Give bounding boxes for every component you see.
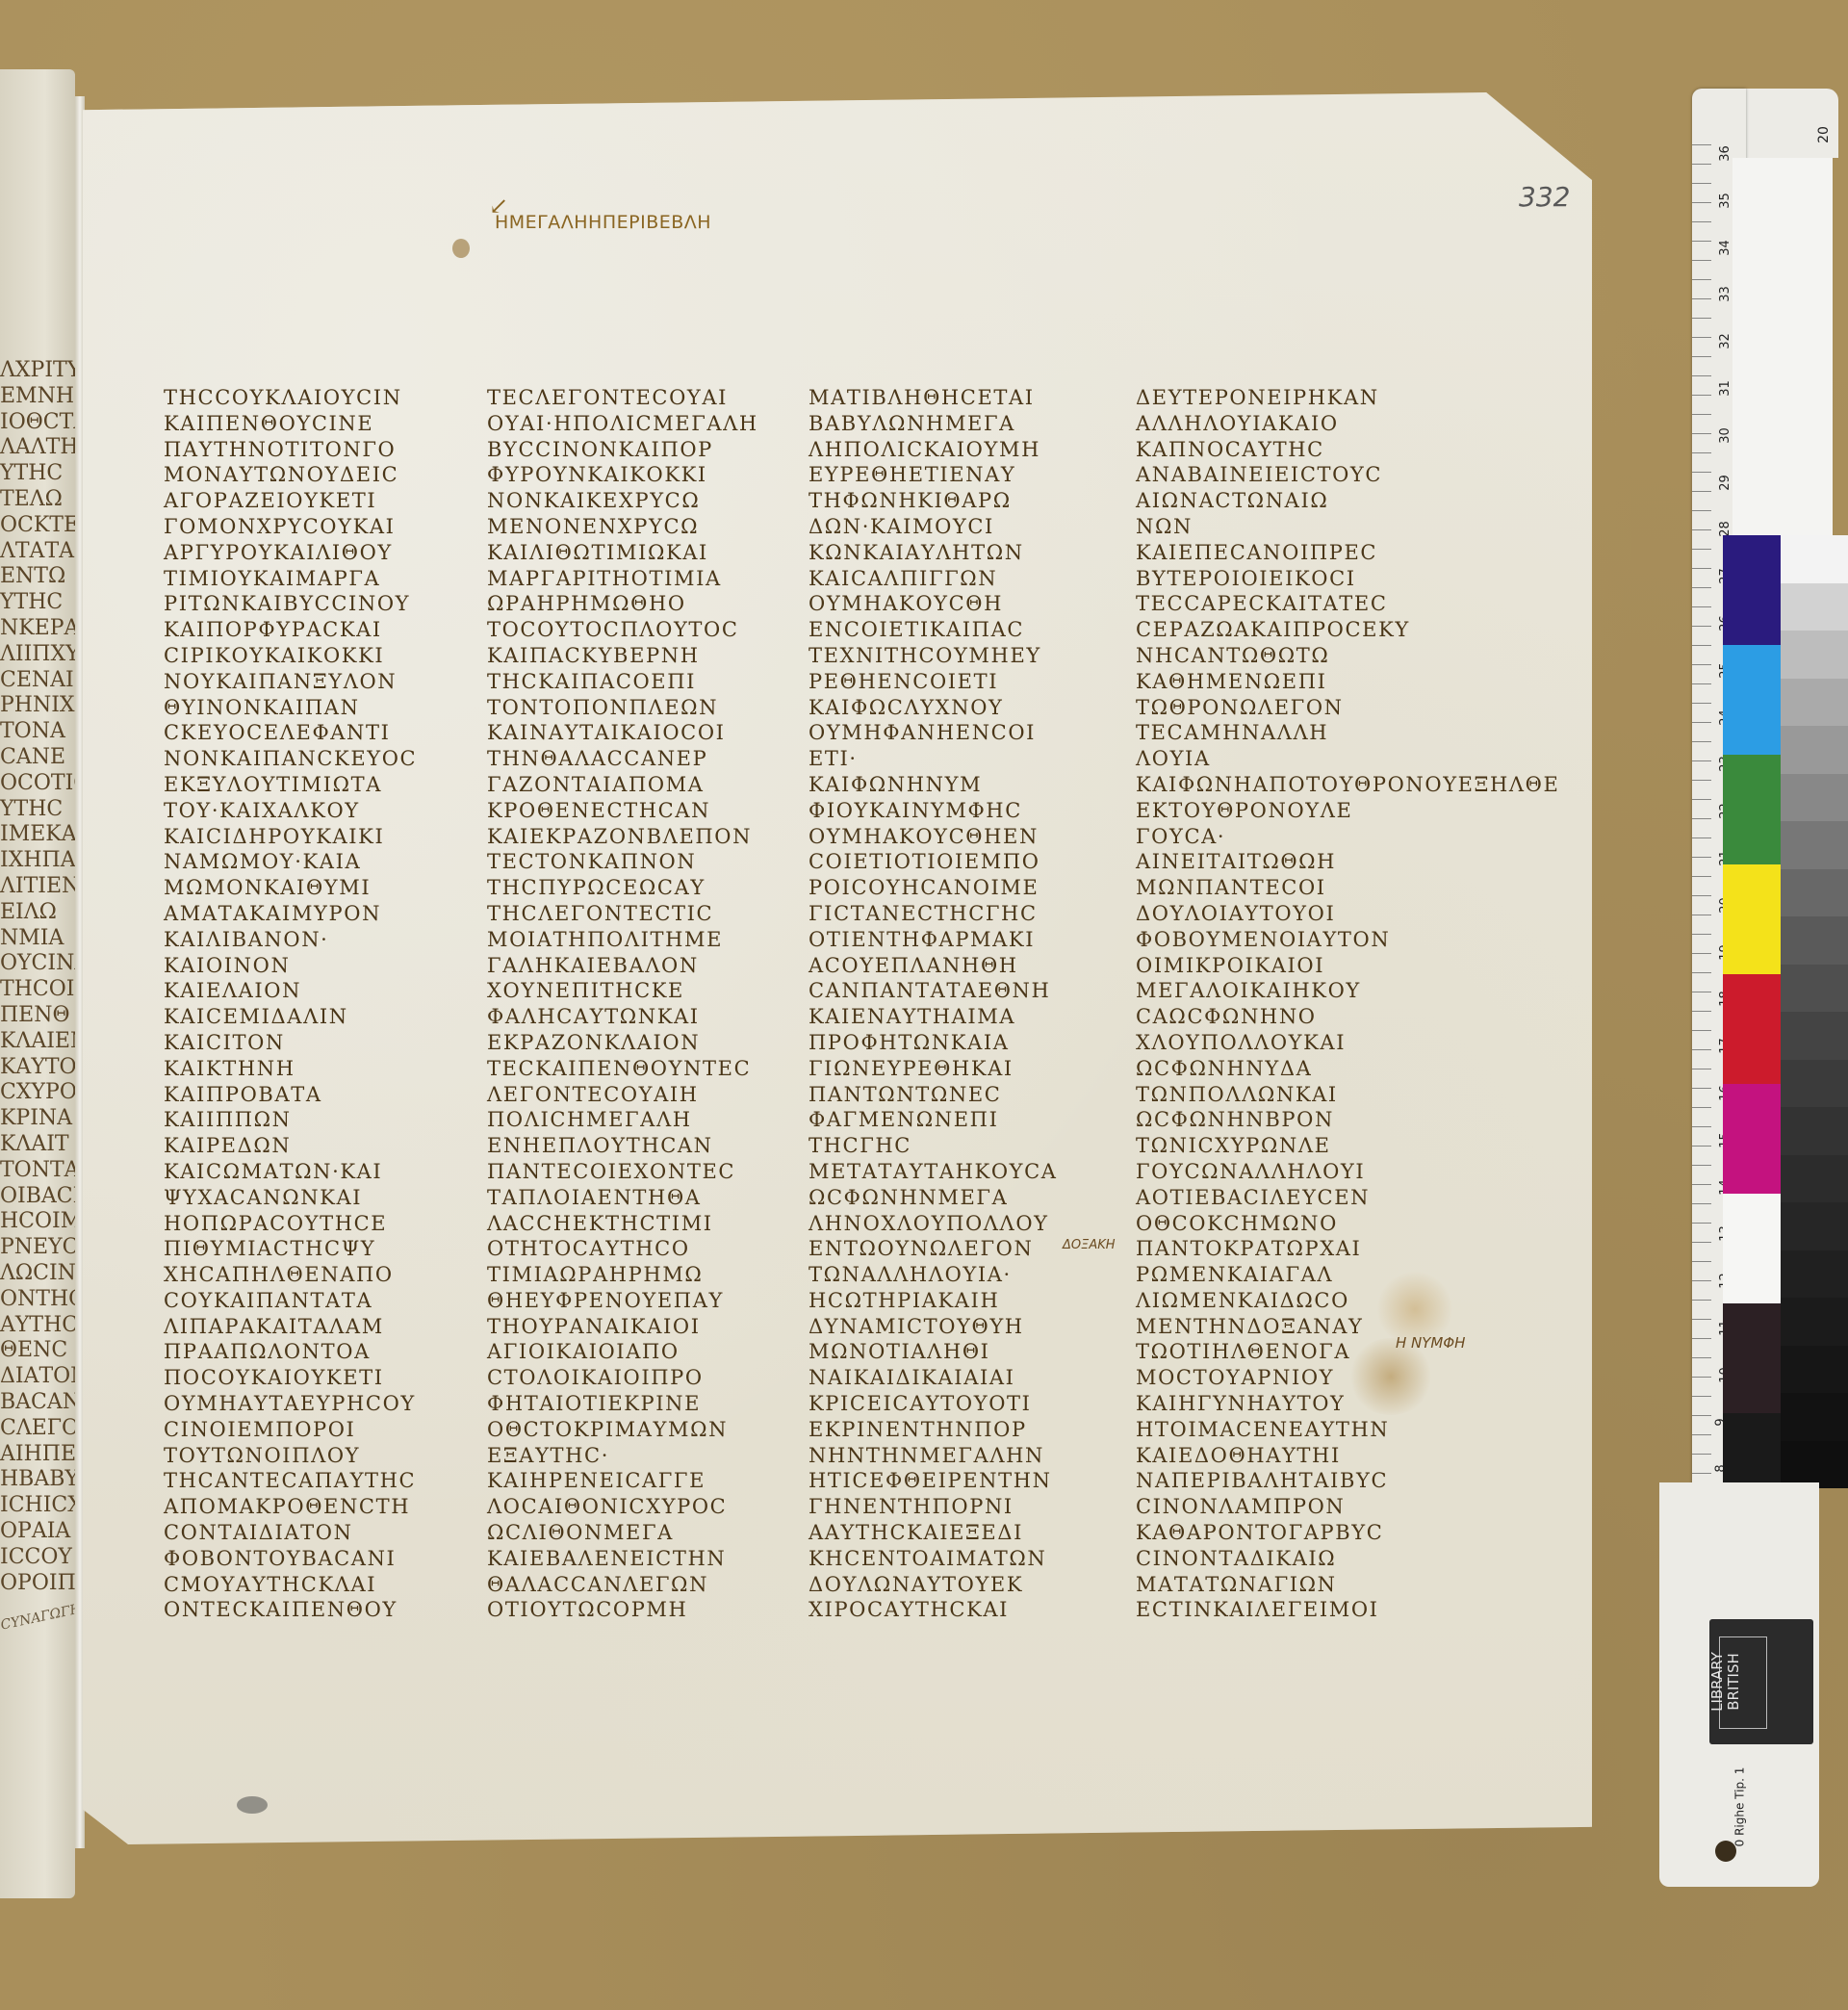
text-line: ΩϹΦΩΝΗΝΥΔΑ bbox=[1136, 1056, 1559, 1082]
text-line: ΛΑϹϹΗΕΚΤΗϹΤΙΜΙ bbox=[487, 1211, 758, 1237]
text-line: ΑΡΓΥΡΟΥΚΑΙΛΙΘΟΥ bbox=[164, 540, 417, 566]
text-line: ΑΓΟΡΑΖΕΙΟΥΚΕΤΙ bbox=[164, 488, 417, 514]
grey-step bbox=[1781, 1441, 1848, 1489]
text-line: ΟΥΜΗΦΑΝΗΕΝϹΟΙ bbox=[808, 720, 1058, 746]
text-line: ΝΟΥΚΑΙΠΑΝΞΥΛΟΝ bbox=[164, 669, 417, 695]
facing-page-line: ΤΟΝΤΑ bbox=[0, 1158, 75, 1182]
facing-page-line: ΚΛΑΙΤ bbox=[0, 1132, 69, 1156]
greyscale-strip bbox=[1781, 535, 1848, 1488]
text-line: ΦΥΡΟΥΝΚΑΙΚΟΚΚΙ bbox=[487, 462, 758, 488]
facing-page-line: ΑΙΗΠΕ bbox=[0, 1442, 75, 1466]
folio-number: 332 bbox=[1519, 181, 1570, 213]
facing-page-line: ΝΜΙΑ bbox=[0, 926, 64, 950]
text-line: ΠΑΝΤΟΚΡΑΤΩΡΧΑΙ bbox=[1136, 1236, 1559, 1262]
text-line: ΤΟϹΟΥΤΟϹΠΛΟΥΤΟϹ bbox=[487, 617, 758, 643]
facing-page-line: ΠΕΝΘ bbox=[0, 1003, 70, 1027]
text-line: ϹΚΕΥΟϹΕΛΕΦΑΝΤΙ bbox=[164, 720, 417, 746]
text-line: ϹΜΟΥΑΥΤΗϹΚΛΑΙ bbox=[164, 1572, 417, 1598]
text-line: ΤΩΟΤΙΗΛΘΕΝΟΓΑ bbox=[1136, 1339, 1559, 1365]
facing-page-line: ΡΗΝΙΧ bbox=[0, 693, 75, 717]
text-line: ΗΤΟΙΜΑϹΕΝΕΑΥΤΗΝ bbox=[1136, 1417, 1559, 1443]
text-line: ΤΗϹΠΥΡΩϹΕΩϹΑΥ bbox=[487, 875, 758, 901]
facing-page-marginal-note: ϹΥΝΑΓΩΓΗ bbox=[0, 1601, 75, 1633]
text-line: ΚΗϹΕΝΤΟΑΙΜΑΤΩΝ bbox=[808, 1546, 1058, 1572]
facing-page-line: ΗΒΑΒΥ bbox=[0, 1467, 75, 1491]
text-line: ΒΥϹϹΙΝΟΝΚΑΙΠΟΡ bbox=[487, 437, 758, 463]
grey-step bbox=[1781, 1250, 1848, 1299]
facing-page-line: ΤΟΝΑ bbox=[0, 719, 65, 743]
text-line: ΚΑΙΦΩϹΛΥΧΝΟΥ bbox=[808, 695, 1058, 721]
grey-step bbox=[1781, 631, 1848, 679]
facing-page-line: ΟΙΒΑϹΙ bbox=[0, 1184, 75, 1208]
color-patch-brown-black bbox=[1723, 1303, 1783, 1413]
text-line: ΠΡΟΦΗΤΩΝΚΑΙΑ bbox=[808, 1030, 1058, 1056]
text-line: ΚΩΝΚΑΙΑΥΛΗΤΩΝ bbox=[808, 540, 1058, 566]
grey-step bbox=[1781, 869, 1848, 917]
grey-step bbox=[1781, 679, 1848, 727]
facing-page-line: ΕΙΛΩ bbox=[0, 900, 57, 924]
grey-step bbox=[1781, 1155, 1848, 1203]
text-line: ΚΑΙΝΑΥΤΑΙΚΑΙΟϹΟΙ bbox=[487, 720, 758, 746]
text-line: ΤΑΠΛΟΙΑΕΝΤΗΘΑ bbox=[487, 1185, 758, 1211]
text-line: ϹΟΙΕΤΙΟΤΙΟΙΕΜΠΟ bbox=[808, 849, 1058, 875]
text-line: ΚΑΙΗΓΥΝΗΑΥΤΟΥ bbox=[1136, 1391, 1559, 1417]
text-line: ΟΥΜΗΑΥΤΑΕΥΡΗϹΟΥ bbox=[164, 1391, 417, 1417]
white-reference-card bbox=[1732, 158, 1833, 535]
text-line: ΤΟΥ·ΚΑΙΧΑΛΚΟΥ bbox=[164, 798, 417, 824]
text-line: ΕϹΤΙΝΚΑΙΛΕΓΕΙΜΟΙ bbox=[1136, 1597, 1559, 1623]
facing-page-line: ΚΑΥΤΟΗ bbox=[0, 1055, 75, 1079]
facing-page-line: ΟΝΤΗϹ bbox=[0, 1287, 75, 1311]
text-line: ΚΑΘΑΡΟΝΤΟΓΑΡΒΥϹ bbox=[1136, 1520, 1559, 1546]
text-line: ΓΟΥϹΑ· bbox=[1136, 824, 1559, 850]
ruler-cm-label: 29 bbox=[1718, 475, 1732, 491]
text-line: ΤΕϹΛΕΓΟΝΤΕϹΟΥΑΙ bbox=[487, 385, 758, 411]
facing-page-line: ΙΟΘϹΤΑ bbox=[0, 410, 75, 434]
text-column-1: ΤΗϹϹΟΥΚΛΑΙΟΥϹΙΝΚΑΙΠΕΝΘΟΥϹΙΝΕΠΑΥΤΗΝΟΤΙΤΟΝ… bbox=[164, 385, 417, 1623]
ruler-cm-label: 34 bbox=[1718, 240, 1732, 256]
ruler-righe-label: 0 Righe Tip. 1 bbox=[1732, 1767, 1746, 1847]
text-line: ΚΑΙϹΙΔΗΡΟΥΚΑΙΚΙ bbox=[164, 824, 417, 850]
text-line: ΝΩΝ bbox=[1136, 514, 1559, 540]
ruler-cm-label: 30 bbox=[1718, 427, 1732, 444]
text-line: ΨΥΧΑϹΑΝΩΝΚΑΙ bbox=[164, 1185, 417, 1211]
text-line: ΚΑΙΛΙΒΑΝΟΝ· bbox=[164, 927, 417, 953]
text-line: ΠΑΥΤΗΝΟΤΙΤΟΝΓΟ bbox=[164, 437, 417, 463]
text-line: ΟΤΙΕΝΤΗΦΑΡΜΑΚΙ bbox=[808, 927, 1058, 953]
text-line: ΑΙΝΕΙΤΑΙΤΩΘΩΗ bbox=[1136, 849, 1559, 875]
ruler-cm-label: 36 bbox=[1718, 145, 1732, 162]
top-margin-correction: ΗΜΕΓΑΛΗΗΠΕΡΙΒΕΒΛΗ bbox=[495, 212, 711, 233]
text-line: ΤΕΧΝΙΤΗϹΟΥΜΗΕΥ bbox=[808, 643, 1058, 669]
grey-step bbox=[1781, 1107, 1848, 1155]
facing-page-line: ΗϹΟΙΜ bbox=[0, 1209, 75, 1233]
text-line: ΚΑΙΠΡΟΒΑΤΑ bbox=[164, 1082, 417, 1108]
text-line: ΜΟΝΑΥΤΩΝΟΥΔΕΙϹ bbox=[164, 462, 417, 488]
facing-page-line: ΛΩϹΙΝ bbox=[0, 1261, 75, 1285]
text-line: ΩϹΦΩΝΗΝΜΕΓΑ bbox=[808, 1185, 1058, 1211]
text-line: ΑΑΥΤΗϹΚΑΙΕΞΕΔΙ bbox=[808, 1520, 1058, 1546]
text-line: ΒΥΤΕΡΟΙΟΙΕΙΚΟϹΙ bbox=[1136, 566, 1559, 592]
text-line: ΟΘϹΤΟΚΡΙΜΑΥΜΩΝ bbox=[487, 1417, 758, 1443]
text-line: ΦΑΓΜΕΝΩΝΕΠΙ bbox=[808, 1107, 1058, 1133]
text-line: ΠΑΝΤΕϹΟΙΕΧΟΝΤΕϹ bbox=[487, 1159, 758, 1185]
text-line: ΛΗΠΟΛΙϹΚΑΙΟΥΜΗ bbox=[808, 437, 1058, 463]
text-line: ΔΥΝΑΜΙϹΤΟΥΘΥΗ bbox=[808, 1314, 1058, 1340]
text-line: ΤΟΥΤΩΝΟΙΠΛΟΥ bbox=[164, 1443, 417, 1469]
text-line: ΛΗΝΟΧΛΟΥΠΟΛΛΟΥ bbox=[808, 1211, 1058, 1237]
text-line: ΚΑΙϹΑΛΠΙΓΓΩΝ bbox=[808, 566, 1058, 592]
facing-page: ϹΥΝΑΓΩΓΗ ΛΧΡΙΤΥΕΜΝΗΙΟΘϹΤΑΛΑΛΤΗΓΥΤΗϹΤΕΛΩΟ… bbox=[0, 69, 75, 1898]
text-line: ΟΥΜΗΑΚΟΥϹΘΗ bbox=[808, 591, 1058, 617]
text-column-4: ΔΕΥΤΕΡΟΝΕΙΡΗΚΑΝΑΛΛΗΛΟΥΙΑΚΑΙΟΚΑΠΝΟϹΑΥΤΗϹΑ… bbox=[1136, 385, 1559, 1623]
facing-page-line: ΑΥΤΗϹ bbox=[0, 1313, 75, 1337]
text-line: ϹΙΡΙΚΟΥΚΑΙΚΟΚΚΙ bbox=[164, 643, 417, 669]
text-line: ΡΩΜΕΝΚΑΙΑΓΑΛ bbox=[1136, 1262, 1559, 1288]
interlinear-note: ΔΟΞΑΚΗ bbox=[1063, 1238, 1116, 1252]
text-line: ΠΑΝΤΩΝΤΩΝΕϹ bbox=[808, 1082, 1058, 1108]
text-line: ϹΕΡΑΖΩΑΚΑΙΠΡΟϹΕΚΥ bbox=[1136, 617, 1559, 643]
british-library-badge: LIBRARY BRITISH bbox=[1709, 1619, 1813, 1744]
text-line: ϹΟΥΚΑΙΠΑΝΤΑΤΑ bbox=[164, 1288, 417, 1314]
text-line: ΜΕΝΤΗΝΔΟΞΑΝΑΥ bbox=[1136, 1314, 1559, 1340]
facing-page-line: ϹΧΥΡΟ bbox=[0, 1080, 75, 1104]
text-line: ΟΤΗΤΟϹΑΥΤΗϹΟ bbox=[487, 1236, 758, 1262]
text-line: ΤΗΝΘΑΛΑϹϹΑΝΕΡ bbox=[487, 746, 758, 772]
facing-page-line: ΛΑΛΤΗΓ bbox=[0, 435, 75, 459]
text-line: ϹΙΝΟΙΕΜΠΟΡΟΙ bbox=[164, 1417, 417, 1443]
text-line: ΡΕΘΗΕΝϹΟΙΕΤΙ bbox=[808, 669, 1058, 695]
text-line: ΚΑΙΕΝΑΥΤΗΑΙΜΑ bbox=[808, 1004, 1058, 1030]
text-line: ΟΥΑΙ·ΗΠΟΛΙϹΜΕΓΑΛΗ bbox=[487, 411, 758, 437]
text-line: ΚΑΘΗΜΕΝΩΕΠΙ bbox=[1136, 669, 1559, 695]
text-line: ΚΑΙϹΕΜΙΔΑΛΙΝ bbox=[164, 1004, 417, 1030]
text-line: ΝΟΝΚΑΙΚΕΧΡΥϹΩ bbox=[487, 488, 758, 514]
text-line: ΚΑΙΦΩΝΗΝΥΜ bbox=[808, 772, 1058, 798]
text-line: ΚΑΙΕΛΑΙΟΝ bbox=[164, 978, 417, 1004]
text-line: ΑΠΟΜΑΚΡΟΘΕΝϹΤΗ bbox=[164, 1494, 417, 1520]
text-line: ϹΙΝΟΝΤΑΔΙΚΑΙΩ bbox=[1136, 1546, 1559, 1572]
facing-page-line: ΤΗϹΟΙ bbox=[0, 977, 74, 1001]
text-line: ΜΟΙΑΤΗΠΟΛΙΤΗΜΕ bbox=[487, 927, 758, 953]
grey-step bbox=[1781, 1202, 1848, 1250]
text-line: ΝΑΜΩΜΟΥ·ΚΑΙΑ bbox=[164, 849, 417, 875]
text-line: ΚΑΙΦΩΝΗΑΠΟΤΟΥΘΡΟΝΟΥΕΞΗΛΘΕ bbox=[1136, 772, 1559, 798]
text-line: ΚΑΙΕΠΕϹΑΝΟΙΠΡΕϹ bbox=[1136, 540, 1559, 566]
text-line: ΛΟΥΙΑ bbox=[1136, 746, 1559, 772]
facing-page-line: ΛΤΑΤΑ bbox=[0, 539, 74, 563]
text-line: ΜΕΓΑΛΟΙΚΑΙΗΚΟΥ bbox=[1136, 978, 1559, 1004]
facing-page-line: ΡΝΕΥϹΑ bbox=[0, 1235, 75, 1259]
shadow-spot bbox=[237, 1796, 268, 1814]
color-patch-red bbox=[1723, 974, 1783, 1084]
facing-page-line: ϹΛΕΓΟΝ bbox=[0, 1416, 75, 1440]
text-line: ΜΑΤΑΤΩΝΑΓΙΩΝ bbox=[1136, 1572, 1559, 1598]
text-line: ΦΟΒΟΝΤΟΥΒΑϹΑΝΙ bbox=[164, 1546, 417, 1572]
badge-line-1: LIBRARY bbox=[1708, 1652, 1726, 1712]
grey-step bbox=[1781, 1393, 1848, 1441]
text-line: ΟΝΤΕϹΚΑΙΠΕΝΘΟΥ bbox=[164, 1597, 417, 1623]
color-patch-white bbox=[1723, 1194, 1783, 1303]
text-line: ΚΡΙϹΕΙϹΑΥΤΟΥΟΤΙ bbox=[808, 1391, 1058, 1417]
text-line: ΡΙΤΩΝΚΑΙΒΥϹϹΙΝΟΥ bbox=[164, 591, 417, 617]
text-line: ΛΕΓΟΝΤΕϹΟΥΑΙΗ bbox=[487, 1082, 758, 1108]
text-line: ΛΟϹΑΙΘΟΝΙϹΧΥΡΟϹ bbox=[487, 1494, 758, 1520]
text-line: ΘΑΛΑϹϹΑΝΛΕΓΩΝ bbox=[487, 1572, 758, 1598]
text-line: ΟΘϹΟΚϹΗΜΩΝΟ bbox=[1136, 1211, 1559, 1237]
text-line: ΝΑΙΚΑΙΔΙΚΑΙΑΙΑΙ bbox=[808, 1365, 1058, 1391]
facing-page-line: ΥΤΗϹ bbox=[0, 797, 63, 821]
facing-page-line: ΕΝΤΩ bbox=[0, 564, 65, 588]
text-line: ΑΙΩΝΑϹΤΩΝΑΙΩ bbox=[1136, 488, 1559, 514]
facing-page-line: ΙϹϹΟΥ bbox=[0, 1545, 72, 1569]
grey-step bbox=[1781, 965, 1848, 1013]
grey-step bbox=[1781, 821, 1848, 869]
text-line: ΑΛΛΗΛΟΥΙΑΚΑΙΟ bbox=[1136, 411, 1559, 437]
text-line: ΚΑΙΕΔΟΘΗΑΥΤΗΙ bbox=[1136, 1443, 1559, 1469]
text-line: ΜΟϹΤΟΥΑΡΝΙΟΥ bbox=[1136, 1365, 1559, 1391]
text-line: ΦΑΛΗϹΑΥΤΩΝΚΑΙ bbox=[487, 1004, 758, 1030]
facing-page-line: ΟϹΟΤΙϹ bbox=[0, 771, 75, 795]
text-line: ΤΗϹΓΗϹ bbox=[808, 1133, 1058, 1159]
text-line: ΠΟΛΙϹΗΜΕΓΑΛΗ bbox=[487, 1107, 758, 1133]
text-line: ΧΗϹΑΠΗΛΘΕΝΑΠΟ bbox=[164, 1262, 417, 1288]
text-line: ΚΑΠΝΟϹΑΥΤΗϹ bbox=[1136, 437, 1559, 463]
text-line: ΓΙϹΤΑΝΕϹΤΗϹΓΗϹ bbox=[808, 901, 1058, 927]
text-line: ΤΗϹΑΝΤΕϹΑΠΑΥΤΗϹ bbox=[164, 1468, 417, 1494]
text-line: ΓΙΩΝΕΥΡΕΘΗΚΑΙ bbox=[808, 1056, 1058, 1082]
facing-page-line: ϹΕΝΑΙ bbox=[0, 668, 74, 692]
text-line: ΗϹΩΤΗΡΙΑΚΑΙΗ bbox=[808, 1288, 1058, 1314]
ink-spot bbox=[452, 239, 470, 258]
grey-step bbox=[1781, 726, 1848, 774]
text-line: ΤΩΝΠΟΛΛΩΝΚΑΙ bbox=[1136, 1082, 1559, 1108]
text-line: ΕΚΡΙΝΕΝΤΗΝΠΟΡ bbox=[808, 1417, 1058, 1443]
text-line: ΩϹΛΙΘΟΝΜΕΓΑ bbox=[487, 1520, 758, 1546]
text-line: ΚΑΙΕΚΡΑΖΟΝΒΛΕΠΟΝ bbox=[487, 824, 758, 850]
facing-page-line: ΥΤΗϹ bbox=[0, 461, 63, 485]
facing-page-line: ΙΜΕΚΑ bbox=[0, 822, 75, 846]
facing-page-line: ΒΑϹΑΝ bbox=[0, 1390, 75, 1414]
text-line: ΘΗΕΥΦΡΕΝΟΥΕΠΑΥ bbox=[487, 1288, 758, 1314]
text-line: ΤΕϹϹΑΡΕϹΚΑΙΤΑΤΕϹ bbox=[1136, 591, 1559, 617]
color-patch-yellow bbox=[1723, 864, 1783, 974]
text-line: ΚΑΙΚΤΗΝΗ bbox=[164, 1056, 417, 1082]
text-line: ΚΑΙϹΙΤΟΝ bbox=[164, 1030, 417, 1056]
text-line: ϹΑΝΠΑΝΤΑΤΑΕΘΝΗ bbox=[808, 978, 1058, 1004]
color-patch-magenta bbox=[1723, 1084, 1783, 1194]
text-line: ΚΑΙϹΩΜΑΤΩΝ·ΚΑΙ bbox=[164, 1159, 417, 1185]
text-line: ΒΑΒΥΛΩΝΗΜΕΓΑ bbox=[808, 411, 1058, 437]
text-line: ΤΗΟΥΡΑΝΑΙΚΑΙΟΙ bbox=[487, 1314, 758, 1340]
facing-page-line: ΙΧΗΠΑ bbox=[0, 848, 75, 872]
text-line: ΝΗϹΑΝΤΩΘΩΤΩ bbox=[1136, 643, 1559, 669]
text-line: ΤΟΝΤΟΠΟΝΠΛΕΩΝ bbox=[487, 695, 758, 721]
text-line: ΝΑΠΕΡΙΒΑΛΗΤΑΙΒΥϹ bbox=[1136, 1468, 1559, 1494]
text-line: ΚΑΙΕΒΑΛΕΝΕΙϹΤΗΝ bbox=[487, 1546, 758, 1572]
text-line: ΧΟΥΝΕΠΙΤΗϹΚΕ bbox=[487, 978, 758, 1004]
text-line: ΑΜΑΤΑΚΑΙΜΥΡΟΝ bbox=[164, 901, 417, 927]
ruler-cm-label: 32 bbox=[1718, 333, 1732, 349]
text-line: ΩΡΑΗΡΗΜΩΘΗΟ bbox=[487, 591, 758, 617]
text-line: ΠΟϹΟΥΚΑΙΟΥΚΕΤΙ bbox=[164, 1365, 417, 1391]
facing-page-line: ΟΥϹΙΝΑ bbox=[0, 951, 75, 975]
ruler-cm-label: 33 bbox=[1718, 287, 1732, 303]
text-line: ΔΕΥΤΕΡΟΝΕΙΡΗΚΑΝ bbox=[1136, 385, 1559, 411]
text-line: ΜΩΝΟΤΙΑΛΗΘΙ bbox=[808, 1339, 1058, 1365]
ruler-hole bbox=[1715, 1841, 1736, 1862]
text-line: ΤΙΜΙΑΩΡΑΗΡΗΜΩ bbox=[487, 1262, 758, 1288]
text-line: ΧΛΟΥΠΟΛΛΟΥΚΑΙ bbox=[1136, 1030, 1559, 1056]
text-line: ΦΗΤΑΙΟΤΙΕΚΡΙΝΕ bbox=[487, 1391, 758, 1417]
facing-page-line: ΚΛΑΙΕΝ bbox=[0, 1029, 75, 1053]
text-line: ΡΟΙϹΟΥΗϹΑΝΟΙΜΕ bbox=[808, 875, 1058, 901]
text-line: ΚΑΙΠΕΝΘΟΥϹΙΝΕ bbox=[164, 411, 417, 437]
text-line: ΕΤΙ· bbox=[808, 746, 1058, 772]
text-line: ΜΩΝΠΑΝΤΕϹΟΙ bbox=[1136, 875, 1559, 901]
text-line: ΑΝΑΒΑΙΝΕΙΕΙϹΤΟΥϹ bbox=[1136, 462, 1559, 488]
text-line: ΤΩΘΡΟΝΩΛΕΓΟΝ bbox=[1136, 695, 1559, 721]
text-line: ϹΙΝΟΝΛΑΜΠΡΟΝ bbox=[1136, 1494, 1559, 1520]
grey-step bbox=[1781, 1346, 1848, 1394]
text-line: ΑϹΟΥΕΠΛΑΝΗΘΗ bbox=[808, 953, 1058, 979]
facing-page-line: ΕΜΝΗ bbox=[0, 384, 74, 408]
text-line: ΜΑΤΙΒΛΗΘΗϹΕΤΑΙ bbox=[808, 385, 1058, 411]
grey-step bbox=[1781, 774, 1848, 822]
color-patch-green bbox=[1723, 755, 1783, 864]
text-line: ΓΟΥϹΩΝΑΛΛΗΛΟΥΙ bbox=[1136, 1159, 1559, 1185]
text-line: ΚΑΙΛΙΘΩΤΙΜΙΩΚΑΙ bbox=[487, 540, 758, 566]
text-line: ΕΚΞΥΛΟΥΤΙΜΙΩΤΑ bbox=[164, 772, 417, 798]
text-column-3: ΜΑΤΙΒΛΗΘΗϹΕΤΑΙΒΑΒΥΛΩΝΗΜΕΓΑΛΗΠΟΛΙϹΚΑΙΟΥΜΗ… bbox=[808, 385, 1058, 1623]
text-column-2: ΤΕϹΛΕΓΟΝΤΕϹΟΥΑΙΟΥΑΙ·ΗΠΟΛΙϹΜΕΓΑΛΗΒΥϹϹΙΝΟΝ… bbox=[487, 385, 758, 1623]
text-line: ΟΤΙΟΥΤΩϹΟΡΜΗ bbox=[487, 1597, 758, 1623]
text-line: ΚΑΙΠΟΡΦΥΡΑϹΚΑΙ bbox=[164, 617, 417, 643]
color-patch-cyan bbox=[1723, 645, 1783, 755]
grey-step bbox=[1781, 916, 1848, 965]
text-line: ΚΑΙΡΕΔΩΝ bbox=[164, 1133, 417, 1159]
text-line: ΝΗΝΤΗΝΜΕΓΑΛΗΝ bbox=[808, 1443, 1058, 1469]
facing-page-line: ΔΙΑΤΟΝ bbox=[0, 1364, 75, 1388]
text-line: ΟΥΜΗΑΚΟΥϹΘΗΕΝ bbox=[808, 824, 1058, 850]
ruler-cm-label: 35 bbox=[1718, 193, 1732, 209]
text-line: ΓΑΛΗΚΑΙΕΒΑΛΟΝ bbox=[487, 953, 758, 979]
text-line: ΤΗϹϹΟΥΚΛΑΙΟΥϹΙΝ bbox=[164, 385, 417, 411]
text-line: ΕΚΤΟΥΘΡΟΝΟΥΛΕ bbox=[1136, 798, 1559, 824]
text-line: ΛΙΠΑΡΑΚΑΙΤΑΛΑΜ bbox=[164, 1314, 417, 1340]
facing-page-line: ΝΚΕΡΑ bbox=[0, 616, 75, 640]
text-line: ΦΟΒΟΥΜΕΝΟΙΑΥΤΟΝ bbox=[1136, 927, 1559, 953]
text-line: ϹΤΟΛΟΙΚΑΙΟΙΠΡΟ bbox=[487, 1365, 758, 1391]
right-margin-note: Η ΝΥΜΦΗ bbox=[1396, 1334, 1465, 1352]
text-line: ΓΗΝΕΝΤΗΠΟΡΝΙ bbox=[808, 1494, 1058, 1520]
grey-step bbox=[1781, 1012, 1848, 1060]
text-line: ΤΕϹΑΜΗΝΑΛΛΗ bbox=[1136, 720, 1559, 746]
text-line: ΝΟΝΚΑΙΠΑΝϹΚΕΥΟϹ bbox=[164, 746, 417, 772]
text-line: ΚΑΙΟΙΝΟΝ bbox=[164, 953, 417, 979]
grey-step bbox=[1781, 1298, 1848, 1346]
text-line: ΜΩΜΟΝΚΑΙΘΥΜΙ bbox=[164, 875, 417, 901]
text-line: ΠΙΘΥΜΙΑϹΤΗϹΨΥ bbox=[164, 1236, 417, 1262]
text-line: ΜΕΤΑΤΑΥΤΑΗΚΟΥϹΑ bbox=[808, 1159, 1058, 1185]
text-line: ΠΡΑΑΠΩΛΟΝΤΟΑ bbox=[164, 1339, 417, 1365]
text-line: ΚΡΟΘΕΝΕϹΤΗϹΑΝ bbox=[487, 798, 758, 824]
text-line: ΤΩΝΑΛΛΗΛΟΥΙΑ· bbox=[808, 1262, 1058, 1288]
facing-page-line: ΚΡΙΝΑ bbox=[0, 1106, 72, 1130]
text-line: ΤΗϹΚΑΙΠΑϹΟΕΠΙ bbox=[487, 669, 758, 695]
text-line: ΕΝϹΟΙΕΤΙΚΑΙΠΑϹ bbox=[808, 617, 1058, 643]
grey-step bbox=[1781, 583, 1848, 631]
text-line: ΗΟΠΩΡΑϹΟΥΤΗϹΕ bbox=[164, 1211, 417, 1237]
text-line: ΤΗΦΩΝΗΚΙΘΑΡΩ bbox=[808, 488, 1058, 514]
text-line: ΔΟΥΛΟΙΑΥΤΟΥΟΙ bbox=[1136, 901, 1559, 927]
text-line: ΦΙΟΥΚΑΙΝΥΜΦΗϹ bbox=[808, 798, 1058, 824]
text-line: ϹΟΝΤΑΙΔΙΑΤΟΝ bbox=[164, 1520, 417, 1546]
badge-line-2: BRITISH bbox=[1725, 1653, 1742, 1711]
text-line: ΤΗϹΛΕΓΟΝΤΕϹΤΙϹ bbox=[487, 901, 758, 927]
text-line: ΘΥΙΝΟΝΚΑΙΠΑΝ bbox=[164, 695, 417, 721]
text-line: ΤΩΝΙϹΧΥΡΩΝΛΕ bbox=[1136, 1133, 1559, 1159]
facing-page-line: ΛΧΡΙΤΥ bbox=[0, 358, 75, 382]
facing-page-line: ΥΤΗϹ bbox=[0, 590, 63, 614]
text-line: ΕΝΗΕΠΛΟΥΤΗϹΑΝ bbox=[487, 1133, 758, 1159]
facing-page-line: ΤΕΛΩ bbox=[0, 487, 63, 511]
facing-page-line: ϹΑΝΕ bbox=[0, 745, 65, 769]
text-line: ΔΟΥΛΩΝΑΥΤΟΥΕΚ bbox=[808, 1572, 1058, 1598]
text-line: ΛΙΩΜΕΝΚΑΙΔΩϹΟ bbox=[1136, 1288, 1559, 1314]
text-line: ΟΙΜΙΚΡΟΙΚΑΙΟΙ bbox=[1136, 953, 1559, 979]
text-line: ΓΑΖΟΝΤΑΙΑΠΟΜΑ bbox=[487, 772, 758, 798]
color-patch-blue-violet bbox=[1723, 535, 1783, 645]
facing-page-line: ΙϹΗΙϹΧ bbox=[0, 1493, 75, 1517]
ruler-cm-label: 31 bbox=[1718, 380, 1732, 397]
facing-page-line: ΛΙΤΙΕΝ bbox=[0, 874, 75, 898]
text-line: ϹΑΩϹΦΩΝΗΝΟ bbox=[1136, 1004, 1559, 1030]
text-line: ΑΟΤΙΕΒΑϹΙΛΕΥϹΕΝ bbox=[1136, 1185, 1559, 1211]
text-line: ΕΚΡΑΖΟΝΚΛΑΙΟΝ bbox=[487, 1030, 758, 1056]
text-line: ΕΞΑΥΤΗϹ· bbox=[487, 1443, 758, 1469]
facing-page-line: ΟΡΑΙΑ bbox=[0, 1519, 70, 1543]
text-line: ΔΩΝ·ΚΑΙΜΟΥϹΙ bbox=[808, 514, 1058, 540]
badge-text: LIBRARY BRITISH bbox=[1709, 1652, 1742, 1712]
text-line: ΚΑΙΗΡΕΝΕΙϹΑΓΓΕ bbox=[487, 1468, 758, 1494]
text-line: ΜΕΝΟΝΕΝΧΡΥϹΩ bbox=[487, 514, 758, 540]
text-line: ΜΑΡΓΑΡΙΤΗΟΤΙΜΙΑ bbox=[487, 566, 758, 592]
text-line: ΑΓΙΟΙΚΑΙΟΙΑΠΟ bbox=[487, 1339, 758, 1365]
text-line: ΧΙΡΟϹΑΥΤΗϹΚΑΙ bbox=[808, 1597, 1058, 1623]
text-line: ΕΥΡΕΘΗΕΤΙΕΝΑΥ bbox=[808, 462, 1058, 488]
text-line: ΤΕϹΚΑΙΠΕΝΘΟΥΝΤΕϹ bbox=[487, 1056, 758, 1082]
text-line: ΕΝΤΩΟΥΝΩΛΕΓΟΝ bbox=[808, 1236, 1058, 1262]
facing-page-line: ΛΙΙΠΧΥ bbox=[0, 642, 75, 666]
text-line: ΤΙΜΙΟΥΚΑΙΜΑΡΓΑ bbox=[164, 566, 417, 592]
grey-step bbox=[1781, 535, 1848, 583]
text-line: ΚΑΙΙΠΠΩΝ bbox=[164, 1107, 417, 1133]
ruler-top-label: 20 bbox=[1816, 126, 1832, 143]
text-line: ΓΟΜΟΝΧΡΥϹΟΥΚΑΙ bbox=[164, 514, 417, 540]
facing-page-line: ΘΕΝϹ bbox=[0, 1338, 67, 1362]
text-line: ΩϹΦΩΝΗΝΒΡΟΝ bbox=[1136, 1107, 1559, 1133]
text-line: ΚΑΙΠΑϹΚΥΒΕΡΝΗ bbox=[487, 643, 758, 669]
text-line: ΤΕϹΤΟΝΚΑΠΝΟΝ bbox=[487, 849, 758, 875]
facing-page-line: ΟΡΟΙΠ bbox=[0, 1571, 75, 1595]
facing-page-line: ΟϹΚΤΕ bbox=[0, 513, 75, 537]
grey-step bbox=[1781, 1060, 1848, 1108]
text-line: ΗΤΙϹΕΦΘΕΙΡΕΝΤΗΝ bbox=[808, 1468, 1058, 1494]
